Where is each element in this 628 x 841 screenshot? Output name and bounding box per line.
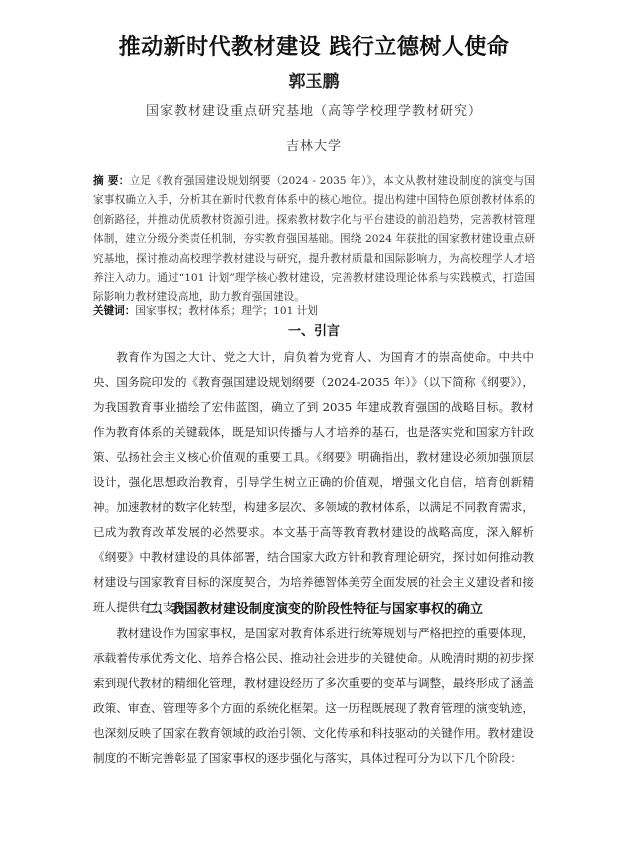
paragraph: 教育作为国之大计、党之大计，肩负着为党育人、为国育才的崇高使命。中共中央、国务院…	[93, 345, 534, 620]
section-body-introduction: 教育作为国之大计、党之大计，肩负着为党育人、为国育才的崇高使命。中共中央、国务院…	[93, 345, 534, 620]
keywords-text: 国家事权；教材体系；理学；101 计划	[135, 305, 318, 317]
affiliation-research-base: 国家教材建设重点研究基地（高等学校理学教材研究）	[0, 100, 628, 119]
author-name: 郭玉鹏	[0, 67, 628, 92]
affiliation-university: 吉林大学	[0, 135, 628, 154]
paragraph: 教材建设作为国家事权，是国家对教育体系进行统筹规划与严格把控的重要体现，承载着传…	[93, 621, 534, 771]
paper-title: 推动新时代教材建设 践行立德树人使命	[0, 30, 628, 61]
document-page: 推动新时代教材建设 践行立德树人使命 郭玉鹏 国家教材建设重点研究基地（高等学校…	[0, 0, 628, 841]
keywords: 关键词：国家事权；教材体系；理学；101 计划	[93, 303, 535, 318]
abstract: 摘 要：立足《教育强国建设规划纲要（2024 - 2035 年）》，本文从教材建…	[93, 172, 535, 308]
section-heading-introduction: 一、引言	[0, 320, 628, 339]
abstract-label: 摘 要：	[93, 175, 130, 187]
section-heading-evolution: 二、我国教材建设制度演变的阶段性特征与国家事权的确立	[0, 598, 628, 617]
section-body-evolution: 教材建设作为国家事权，是国家对教育体系进行统筹规划与严格把控的重要体现，承载着传…	[93, 621, 534, 771]
keywords-label: 关键词：	[93, 305, 135, 317]
abstract-text: 立足《教育强国建设规划纲要（2024 - 2035 年）》，本文从教材建设制度的…	[93, 175, 535, 303]
